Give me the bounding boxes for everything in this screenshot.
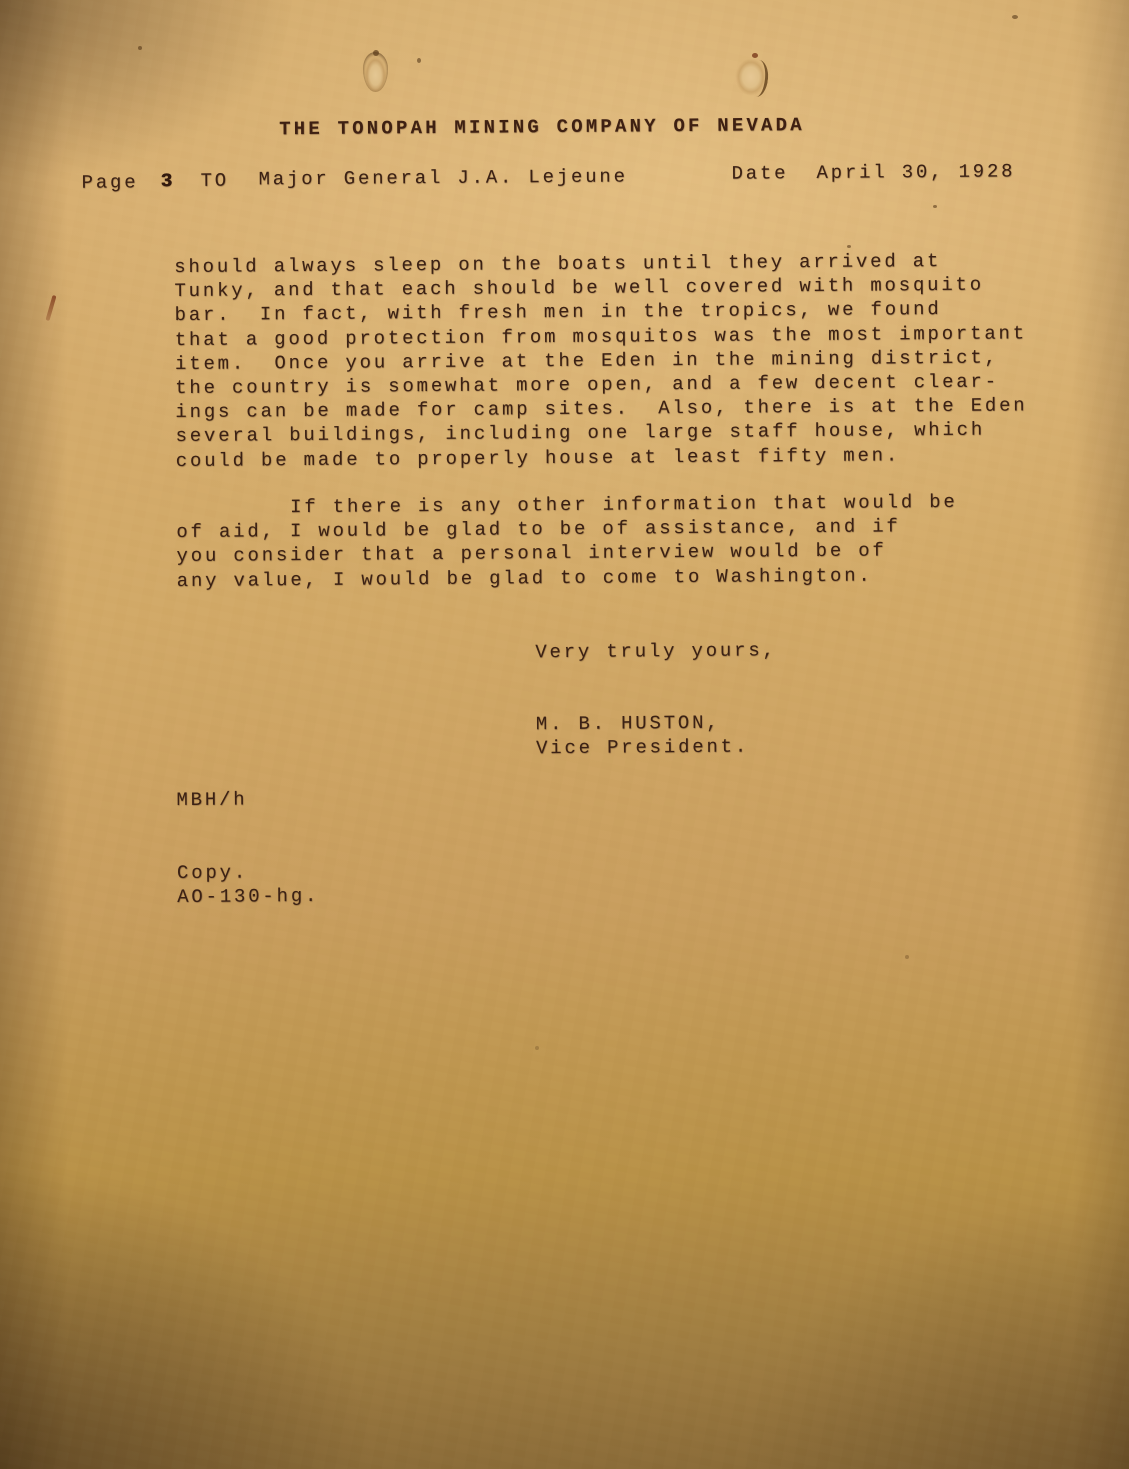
file-reference: AO-130-hg.: [177, 884, 319, 909]
typewritten-text-layer: THE TONOPAH MINING COMPANY OF NEVADA Pag…: [0, 0, 1129, 1469]
typist-initials: MBH/h: [176, 788, 247, 811]
company-name: THE TONOPAH MINING COMPANY OF NEVADA: [279, 114, 805, 140]
signature-name: M. B. HUSTON,: [536, 711, 749, 737]
copy-label: Copy.: [177, 860, 319, 885]
signature-title: Vice President.: [536, 735, 749, 761]
signature-block: M. B. HUSTON, Vice President.: [536, 711, 749, 761]
body-paragraph-2: If there is any other information that w…: [176, 489, 1077, 593]
to-label: TO: [200, 170, 229, 192]
page-number: 3: [160, 170, 174, 192]
date-label: Date: [731, 162, 788, 184]
body-paragraph-1: should always sleep on the boats until t…: [174, 248, 1076, 473]
copy-block: Copy. AO-130-hg.: [177, 860, 319, 910]
letter-photo: THE TONOPAH MINING COMPANY OF NEVADA Pag…: [0, 0, 1129, 1469]
page-label: Page: [81, 171, 138, 193]
recipient-name: Major General J.A. Lejeune: [258, 165, 627, 190]
date-value: April 30, 1928: [816, 160, 1015, 184]
valediction: Very truly yours,: [535, 639, 777, 663]
